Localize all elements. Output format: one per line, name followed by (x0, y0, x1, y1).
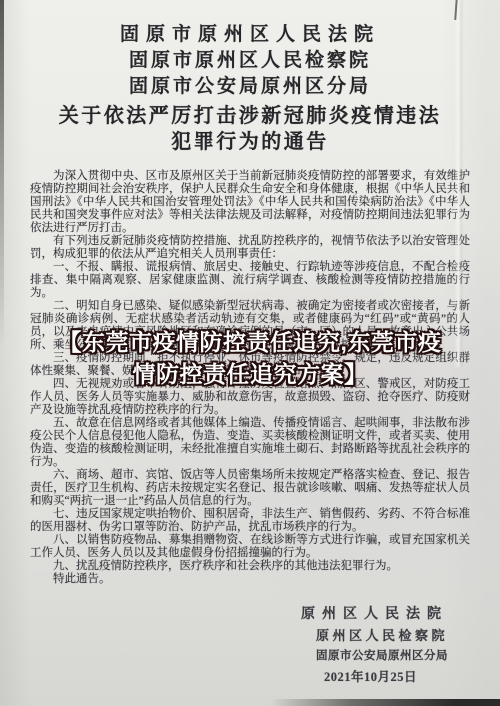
notice-header: 固原市原州区人民法院 固原市原州区人民检察院 固原市公安局原州区分局 关于依法严… (0, 0, 500, 155)
notice-paragraph: 五、故意在信息网络或者其他媒体上编造、传播疫情谣言、起哄闹事，非法散布涉疫公民个… (30, 417, 470, 469)
notice-photo: 固原市原州区人民法院 固原市原州区人民检察院 固原市公安局原州区分局 关于依法严… (0, 0, 500, 706)
notice-closing: 特此通告。 (30, 573, 470, 586)
paper-crease (454, 0, 464, 367)
issuing-org-procuratorate: 固原市原州区人民检察院 (0, 48, 500, 74)
issuing-org-police: 固原市公安局原州区分局 (0, 74, 500, 100)
signature-police: 固原市公安局原州区分局 (301, 646, 448, 667)
notice-paragraph: 一、不报、瞒报、谎报病情、旅居史、接触史、行踪轨迹等涉疫信息，不配合检疫排查、集… (30, 261, 470, 300)
notice-paragraph: 六、商场、超市、宾馆、饭店等人员密集场所未按规定严格落实检查、登记、报告责任，医… (30, 469, 470, 508)
signature-procuratorate: 原州区人民检察院 (301, 625, 448, 646)
notice-paragraph: 为深入贯彻中央、区市及原州区关于当前新冠肺炎疫情防控的部署要求，有效维护疫情防控… (30, 170, 470, 235)
watermark-caption-line2: 情防控责任追究方案】 (133, 361, 368, 387)
notice-paragraph: 八、以销售防疫物品、募集捐赠物资、在线诊断等方式进行诈骗，或冒充国家机关工作人员… (30, 534, 470, 560)
notice-title: 关于依法严厉打击涉新冠肺炎疫情违法犯罪行为的通告 (51, 103, 449, 155)
notice-paragraph: 七、违反国家规定哄抬物价、囤积居奇，非法生产、销售假药、劣药、不符合标准的医用器… (30, 508, 470, 534)
issuing-org-court: 固原市原州区人民法院 (0, 22, 500, 48)
photo-edge-left (0, 0, 4, 438)
watermark-caption: 【东莞市疫情防控责任追究,东莞市疫 情防控责任追究方案】 (0, 326, 500, 390)
signature-date: 2021年10月25日 (301, 667, 448, 688)
watermark-caption-line1: 【东莞市疫情防控责任追究,东莞市疫 (59, 329, 442, 355)
signature-court: 原州区人民法院 (301, 604, 448, 625)
notice-paragraph: 九、扰乱疫情防控秩序，医疗秩序和社会秩序的其他违法犯罪行为。 (30, 560, 470, 573)
photo-edge-bottom (270, 699, 500, 706)
signature-block: 原州区人民法院 原州区人民检察院 固原市公安局原州区分局 2021年10月25日 (301, 604, 448, 688)
notice-paragraph: 有下列违反新冠肺炎疫情防控措施、扰乱防控秩序的，视情节依法予以治安管理处罚，构成… (30, 235, 470, 261)
